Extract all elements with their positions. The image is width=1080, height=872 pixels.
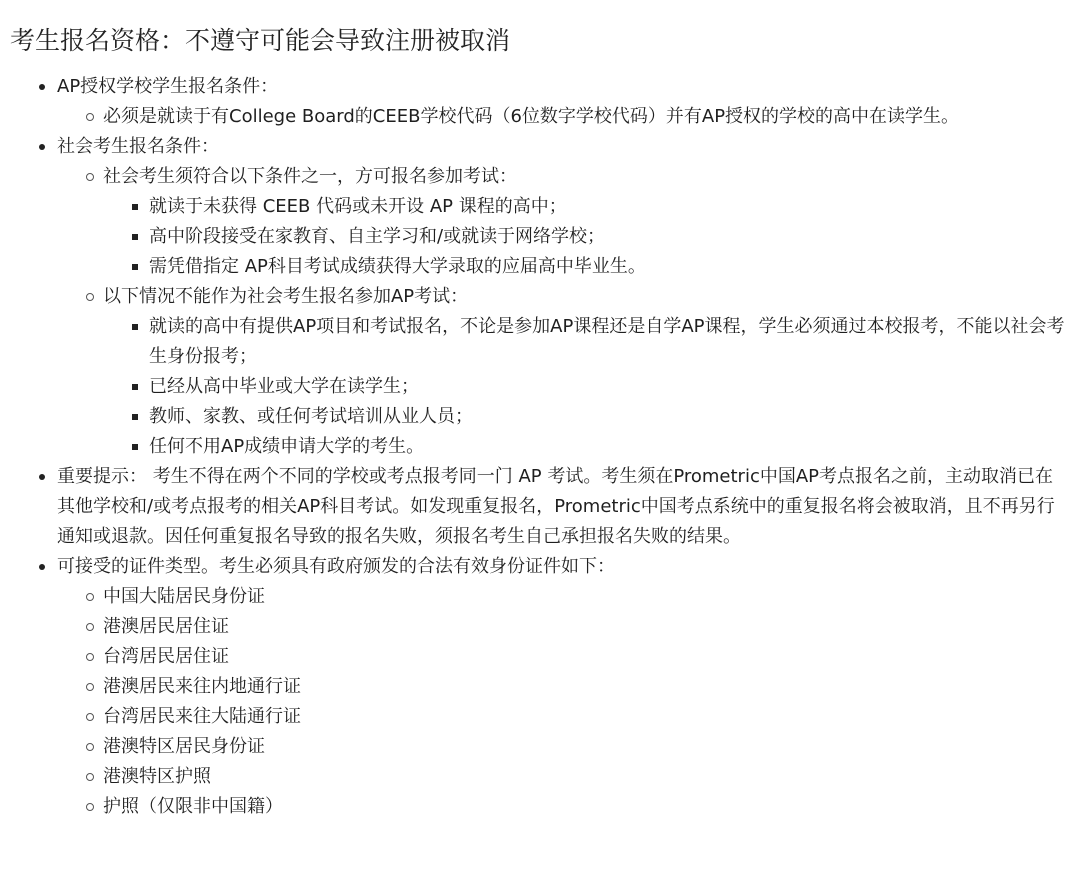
list-item: 港澳居民居住证 (10, 612, 1080, 642)
list-item-label: 可接受的证件类型。考生必须具有政府颁发的合法有效身份证件如下： (57, 556, 615, 577)
list-item: 需凭借指定 AP科目考试成绩获得大学录取的应届高中毕业生。 (10, 252, 1080, 282)
list-item: 教师、家教、或任何考试培训从业人员； (10, 402, 1080, 432)
list-item: 台湾居民来往大陆通行证 (10, 702, 1080, 732)
list-item: 港澳居民来往内地通行证 (10, 672, 1080, 702)
list-item: 中国大陆居民身份证 (10, 582, 1080, 612)
list-item-accepted-id-types: 可接受的证件类型。考生必须具有政府颁发的合法有效身份证件如下： 中国大陆居民身份… (10, 552, 1080, 822)
list-item-independent-students: 社会考生报名条件： 社会考生须符合以下条件之一，方可报名参加考试： 就读于未获得… (10, 132, 1080, 462)
list-item: 港澳特区护照 (10, 762, 1080, 792)
list-item-label: 社会考生报名条件： (57, 136, 219, 157)
list-item: 护照（仅限非中国籍） (10, 792, 1080, 822)
list-item: 就读于未获得 CEEB 代码或未开设 AP 课程的高中； (10, 192, 1080, 222)
eligibility-list: AP授权学校学生报名条件： 必须是就读于有College Board的CEEB学… (10, 72, 1080, 822)
list-item-important-notice: 重要提示： 考生不得在两个不同的学校或考点报考同一门 AP 考试。考生须在Pro… (10, 462, 1057, 552)
list-item: 高中阶段接受在家教育、自主学习和/或就读于网络学校； (10, 222, 1080, 252)
list-item-eligible-conditions: 社会考生须符合以下条件之一，方可报名参加考试： 就读于未获得 CEEB 代码或未… (10, 162, 1080, 282)
page-title: 考生报名资格：不遵守可能会导致注册被取消 (10, 18, 1080, 64)
document-page: 考生报名资格：不遵守可能会导致注册被取消 AP授权学校学生报名条件： 必须是就读… (0, 0, 1080, 822)
list-item: 台湾居民居住证 (10, 642, 1080, 672)
list-item-ap-school-students: AP授权学校学生报名条件： 必须是就读于有College Board的CEEB学… (10, 72, 1080, 132)
list-item: 任何不用AP成绩申请大学的考生。 (10, 432, 1080, 462)
important-notice-text: 重要提示： 考生不得在两个不同的学校或考点报考同一门 AP 考试。考生须在Pro… (57, 466, 1055, 547)
list-item: 港澳特区居民身份证 (10, 732, 1080, 762)
list-item: 已经从高中毕业或大学在读学生； (10, 372, 1080, 402)
list-item: 就读的高中有提供AP项目和考试报名，不论是参加AP课程还是自学AP课程，学生必须… (10, 312, 1069, 372)
list-item: 必须是就读于有College Board的CEEB学校代码（6位数字学校代码）并… (10, 102, 1080, 132)
list-item-label: AP授权学校学生报名条件： (57, 76, 278, 97)
list-item-ineligible-conditions: 以下情况不能作为社会考生报名参加AP考试： 就读的高中有提供AP项目和考试报名，… (10, 282, 1080, 462)
